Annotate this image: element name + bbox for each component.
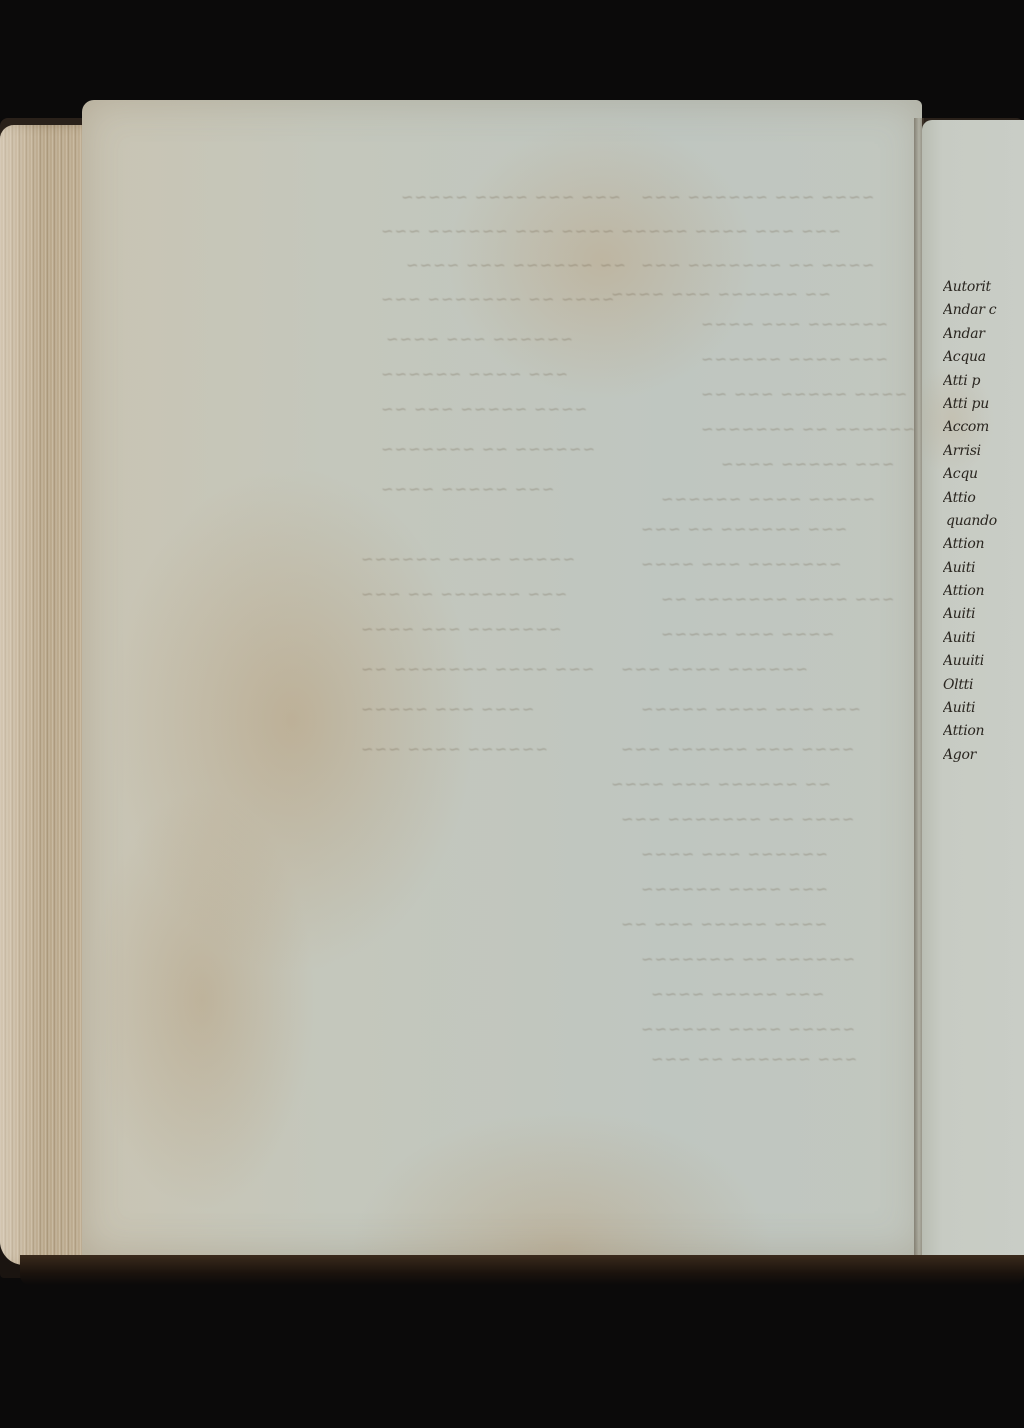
bleed-line: ~~~~~~~ ~~~ ~~~~ — [640, 555, 842, 573]
bleed-line: ~~~~~~ ~~ ~~~~~~~ — [700, 420, 915, 438]
bleed-line: ~~~ ~~~~ ~~~~~~~ ~~ — [660, 590, 894, 608]
bleed-line: ~~~ ~~~~~ ~~~~ — [650, 985, 824, 1003]
photograph-scene: ~~~ ~~~ ~~~~ ~~~~~ ~~~~ ~~~ ~~~~~~ ~~~ ~… — [0, 0, 1024, 1428]
index-entry: Atti pu — [943, 393, 1024, 416]
index-entry: Acqu — [943, 463, 1024, 486]
bleed-line: ~~~~~~ ~~~ ~~~~ — [385, 330, 573, 348]
index-entry: Attio — [943, 487, 1024, 510]
bleed-line: ~~ ~~~~~~ ~~~ ~~~~ — [610, 775, 831, 793]
index-entry: Accom — [943, 416, 1024, 439]
bleed-line: ~~~~ ~~~ ~~~~~ — [660, 625, 834, 643]
bleed-line: ~~~~~~ ~~~ ~~~~ — [640, 845, 828, 863]
index-entry: Attion — [943, 533, 1024, 556]
index-entry: Auiti — [943, 627, 1024, 650]
bleed-line: ~~ ~~~~~~ ~~~ ~~~~ — [610, 285, 831, 303]
book-bottom-edge — [20, 1255, 1024, 1285]
bleed-line: ~~~ ~~~~ ~~~~~~ — [380, 365, 568, 383]
bleed-line: ~~~ ~~~~~ ~~~~ — [720, 455, 894, 473]
index-entry: Andar c — [943, 299, 1024, 322]
index-entry: Auuiti — [943, 650, 1024, 673]
index-entry: Agor — [943, 744, 1024, 767]
index-entry: Auiti — [943, 557, 1024, 580]
bleed-line: ~~~ ~~~~ ~~~~~~~ ~~ — [360, 660, 594, 678]
index-entry: quando — [943, 510, 1024, 533]
bleed-line: ~~~ ~~~~~~ ~~ ~~~ — [360, 585, 567, 603]
index-entry: Attion — [943, 720, 1024, 743]
index-entry: Acqua — [943, 346, 1024, 369]
index-entry: Attion — [943, 580, 1024, 603]
bleed-line: ~~~~~~ ~~~~ ~~~ — [360, 740, 548, 758]
bleed-line: ~~~ ~~~ ~~~~ ~~~~~ — [640, 700, 861, 718]
bleed-line: ~~~~~~ ~~~~ ~~~ — [620, 660, 808, 678]
bleed-line: ~~~~ ~~~~~ ~~~ ~~ — [380, 400, 587, 418]
bleed-line: ~~~ ~~~~~ ~~~~ — [380, 480, 554, 498]
index-entry: Auiti — [943, 603, 1024, 626]
bleed-line: ~~~ ~~~~ ~~~~~~ — [640, 880, 828, 898]
index-entry: Andar — [943, 323, 1024, 346]
index-entry: Autorit — [943, 276, 1024, 299]
index-entry: Arrisi — [943, 440, 1024, 463]
bleed-line: ~~~~ ~~~ ~~~~~~ ~~~ — [640, 188, 874, 206]
bleed-line: ~~~~~~ ~~ ~~~~~~~ — [640, 950, 855, 968]
bleed-line: ~~~~ ~~~~~ ~~~ ~~ — [620, 915, 827, 933]
bleed-line: ~~~~~ ~~~~ ~~~~~~ — [640, 1020, 855, 1038]
bleed-line: ~~~~~~~ ~~~ ~~~~ — [360, 620, 562, 638]
bleed-line: ~~~~~~ ~~ ~~~~~~~ — [380, 440, 595, 458]
bleed-line: ~~~ ~~~~~~ ~~ ~~~ — [650, 1050, 857, 1068]
index-entry: Atti p — [943, 370, 1024, 393]
bleed-line: ~~~~ ~~ ~~~~~~~ ~~~ — [380, 290, 614, 308]
index-entry: Auiti — [943, 697, 1024, 720]
bleed-line: ~~~~ ~~~ ~~~~~~ ~~~ — [620, 740, 854, 758]
bleed-line: ~~~~ ~~ ~~~~~~~ ~~~ — [620, 810, 854, 828]
bleed-line: ~~ ~~~~~~ ~~~ ~~~~ — [405, 256, 626, 274]
bleed-line: ~~~~ ~~ ~~~~~~~ ~~~ — [640, 256, 874, 274]
bleed-line: ~~~ ~~~~~~ ~~ ~~~ — [640, 520, 847, 538]
index-entry: Oltti — [943, 674, 1024, 697]
bleed-line: ~~~~~ ~~~~ ~~~~~~ — [360, 550, 575, 568]
bleed-line: ~~~~ ~~~ ~~~~~~ ~~~ — [380, 222, 614, 240]
index-column: Autorit Andar c Andar Acqua Atti p Atti … — [943, 276, 1024, 767]
bleed-line: ~~~~~~ ~~~ ~~~~ — [700, 315, 888, 333]
bleed-line: ~~~~ ~~~~~ ~~~ ~~ — [700, 385, 907, 403]
bleed-line: ~~~~ ~~~ ~~~~~ — [360, 700, 534, 718]
bleed-line: ~~~ ~~~~ ~~~~~~ — [700, 350, 888, 368]
bleed-line: ~~~ ~~~ ~~~~ ~~~~~ — [620, 222, 841, 240]
bleed-line: ~~~ ~~~ ~~~~ ~~~~~ — [400, 188, 621, 206]
bleed-line: ~~~~~ ~~~~ ~~~~~~ — [660, 490, 875, 508]
